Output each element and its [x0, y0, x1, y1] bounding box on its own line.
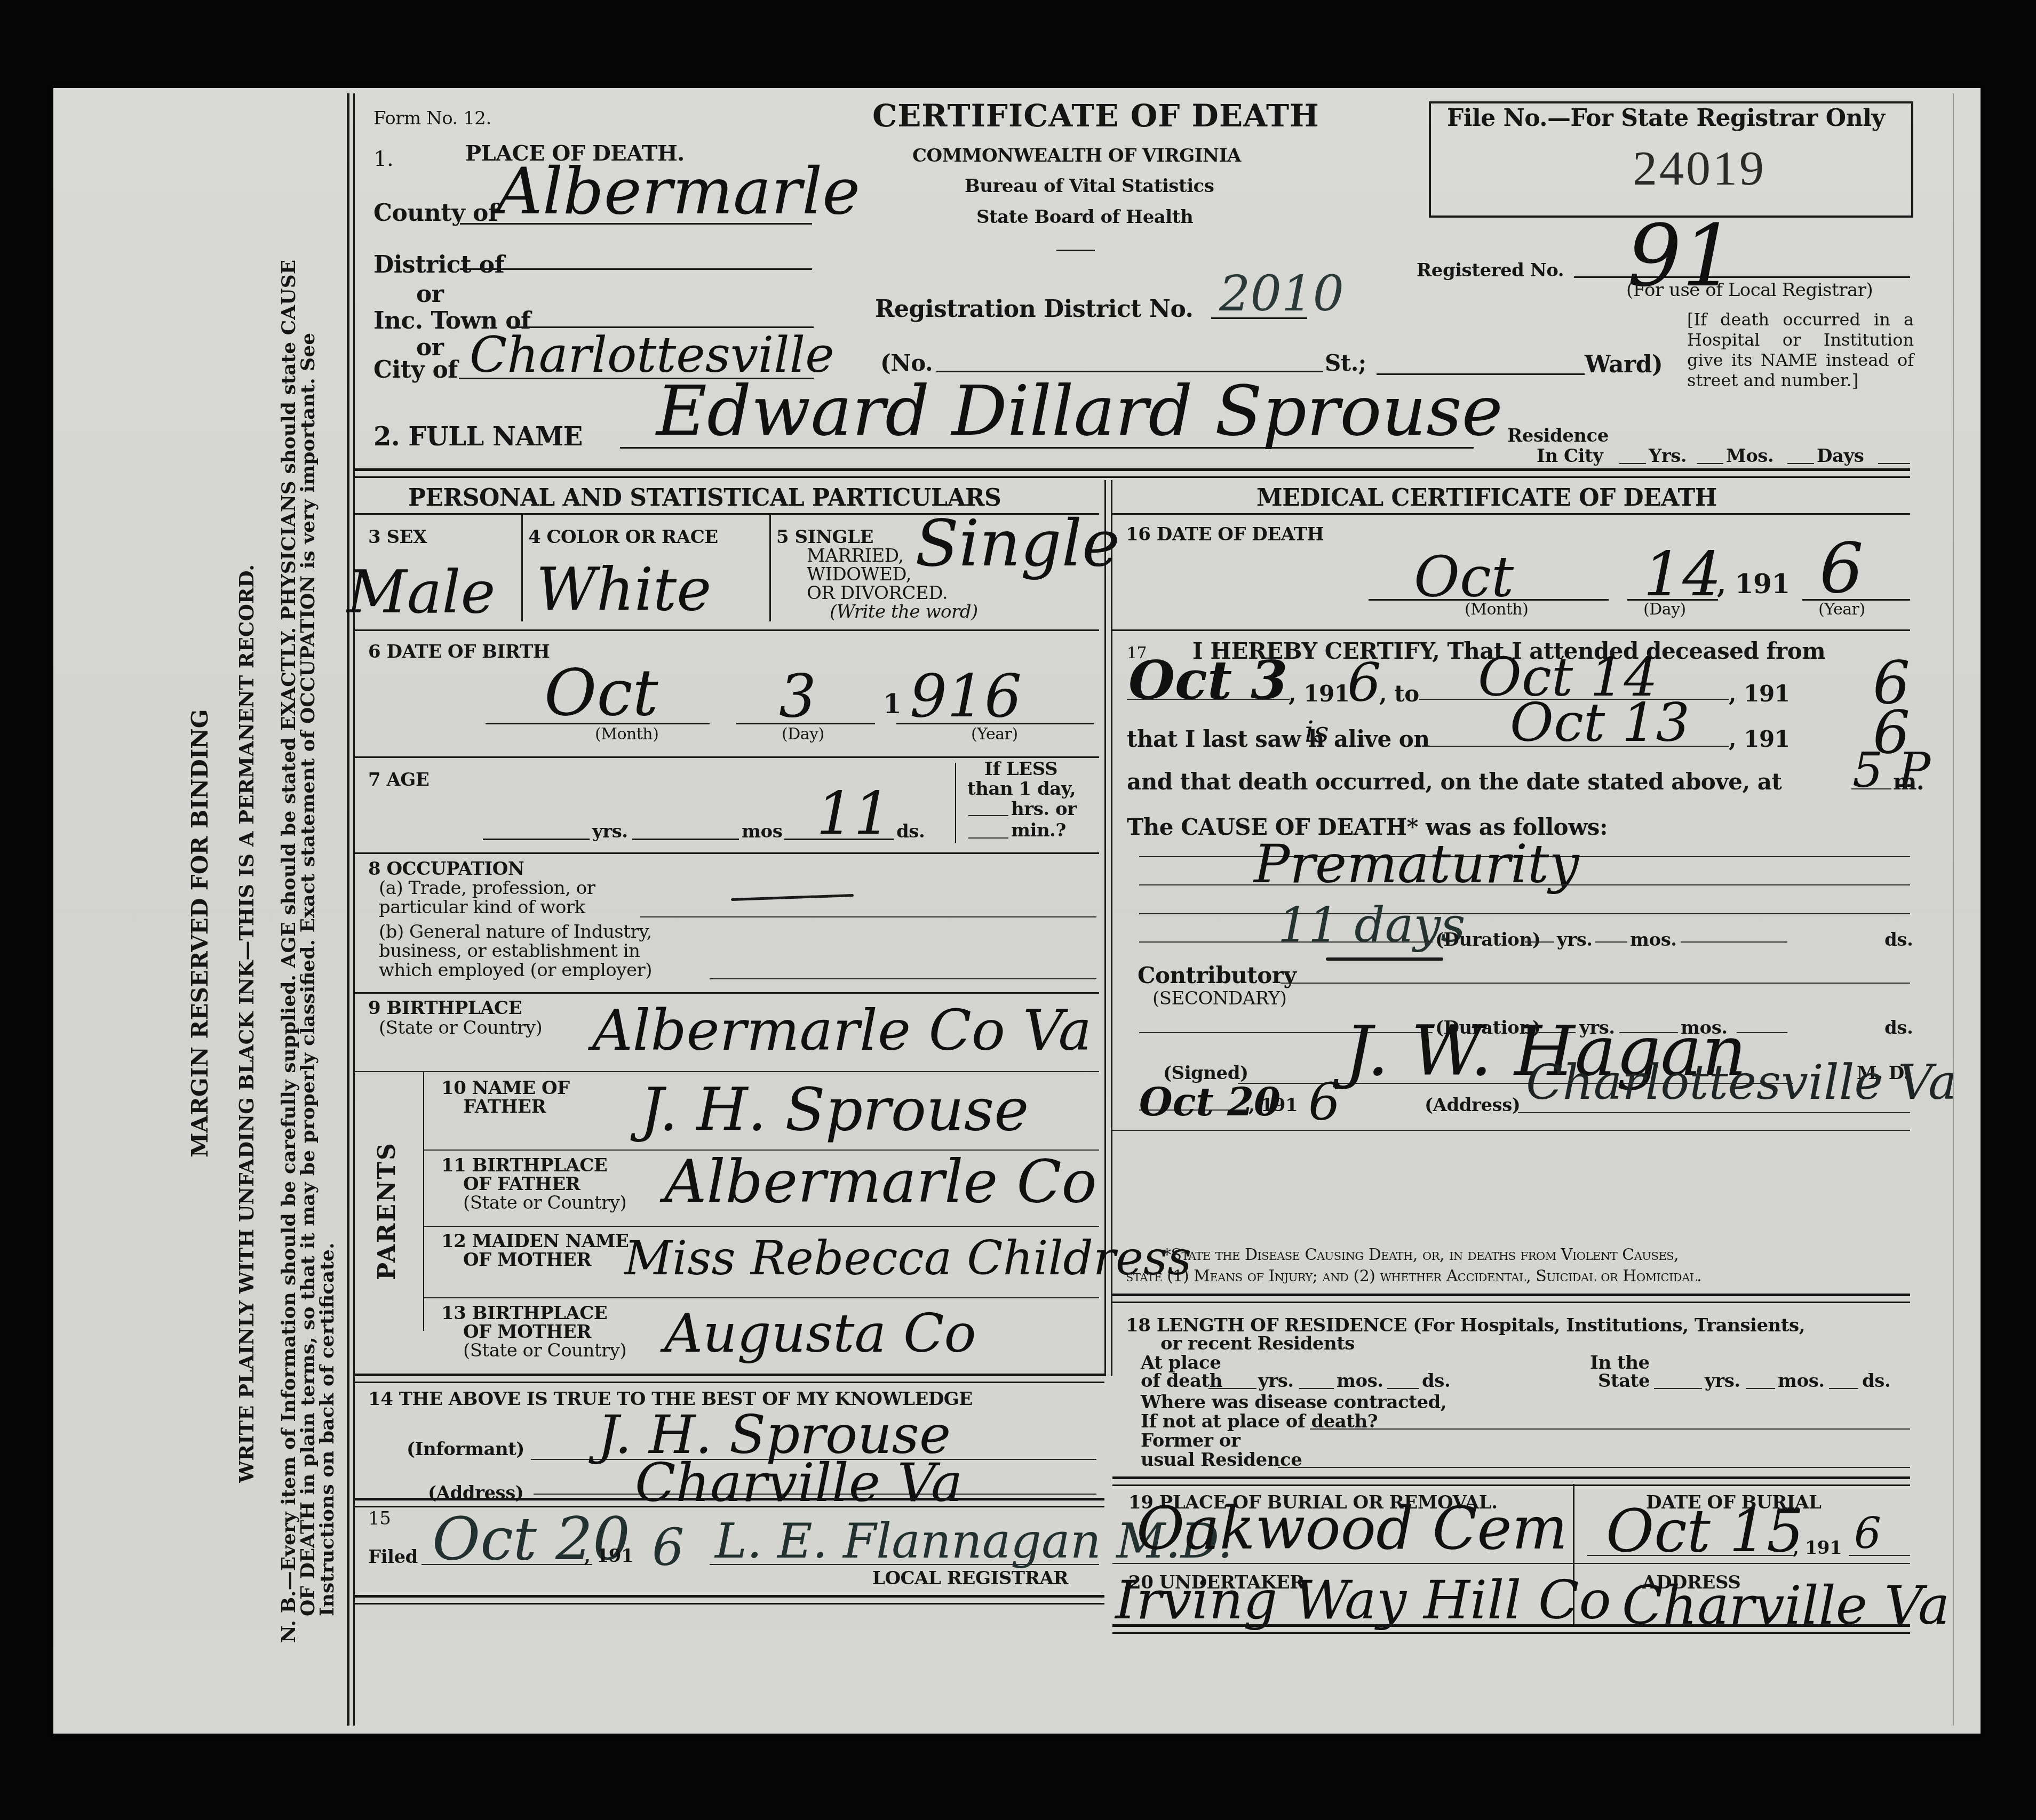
margin-rule [347, 93, 349, 1726]
certificate-title: CERTIFICATE OF DEATH [872, 100, 1319, 131]
marital-label-3: WIDOWED, [807, 565, 911, 584]
in-state-yrs-line [1654, 1388, 1702, 1389]
in-state-ds: ds. [1862, 1372, 1890, 1390]
dob-month-caption: (Month) [595, 727, 658, 743]
mother-bp-label-2: OF MOTHER [463, 1323, 591, 1341]
footnote-1: *State the Disease Causing Death, or, in… [1163, 1247, 1679, 1263]
mother-bp-sub: (State or Country) [463, 1342, 626, 1360]
contracted-2: If not at place of death? [1141, 1412, 1378, 1431]
contributory-label: Contributory [1138, 964, 1296, 987]
residence-divider [1112, 1294, 1910, 1303]
mos-line [1787, 463, 1814, 464]
dod-year: 6 [1819, 533, 1864, 603]
former-line [1278, 1467, 1910, 1468]
cause-value: Prematurity [1254, 837, 1579, 891]
paper-right-edge [1953, 93, 1954, 1726]
duration-ds-line [1681, 941, 1787, 943]
margin-nb-line3: Instructions on back of certificate. [316, 1243, 338, 1617]
cause-line-3 [1139, 913, 1910, 914]
dob-day-caption: (Day) [782, 727, 824, 743]
burial-date: Oct 15 [1606, 1502, 1804, 1560]
occurred-suffix: m. [1893, 771, 1924, 793]
filed-bottom-rule [355, 1595, 1104, 1605]
row-rule-mother [424, 1226, 1099, 1227]
or-1: or [416, 283, 444, 306]
place-heading-num: 1. [373, 148, 393, 170]
undertaker-value: Irving Way Hill Co [1115, 1574, 1611, 1627]
residence-label: Residence [1507, 427, 1609, 445]
sex-label: 3 SEX [368, 528, 427, 546]
filed-year-prefix: , 191 [584, 1547, 633, 1565]
father-label-2: FATHER [463, 1098, 546, 1116]
burial-year: 6 [1854, 1512, 1881, 1555]
at-place-mos: mos. [1337, 1372, 1383, 1390]
county-label: County of [373, 202, 498, 225]
signed-address-label: (Address) [1425, 1096, 1520, 1114]
at-place-ds: ds. [1422, 1372, 1450, 1390]
contracted-1: Where was disease contracted, [1141, 1393, 1446, 1411]
age-mos-line [632, 839, 739, 840]
district-label: District of [373, 253, 504, 277]
form-number: Form No. 12. [373, 109, 491, 127]
signed-address: Charlottesville Va [1526, 1059, 1957, 1107]
in-state-mos-line [1746, 1388, 1775, 1389]
mother-bp-label-1: 13 BIRTHPLACE [441, 1304, 607, 1322]
filed-label: Filed [368, 1548, 418, 1566]
footnote-rule [1112, 1130, 1910, 1131]
father-bp-label-1: 11 BIRTHPLACE [441, 1156, 607, 1175]
row-rule-age [355, 756, 1099, 758]
occ-b-3: which employed (or employer) [379, 961, 652, 979]
mother-label-1: 12 MAIDEN NAME [441, 1232, 629, 1250]
age-yrs-line [483, 839, 590, 840]
dob-day: 3 [779, 667, 816, 725]
birthplace-sub: (State or Country) [379, 1019, 542, 1037]
secondary-label: (SECONDARY) [1152, 989, 1287, 1008]
registered-no-line [1574, 276, 1910, 278]
section-divider [355, 468, 1910, 478]
hospital-note: [If death occurred in a Hospital or Inst… [1687, 309, 1914, 390]
undertaker-rule [1112, 1563, 1910, 1564]
in-city-line [1619, 463, 1646, 464]
days-line [1878, 463, 1910, 464]
row-rule-certify [1112, 629, 1910, 631]
secondary-ds-label: ds. [1884, 1019, 1913, 1037]
min-label: min.? [1011, 821, 1066, 840]
attended-to-year-prefix: , 191 [1729, 683, 1790, 705]
father-value: J. H. Sprouse [640, 1080, 1029, 1139]
race-label: 4 COLOR OR RACE [528, 528, 718, 546]
file-number: 24019 [1633, 140, 1766, 196]
row-rule-parents [355, 1071, 1099, 1072]
to-label: , to [1379, 683, 1419, 705]
in-state-1: In the [1590, 1354, 1650, 1372]
father-bp-label-2: OF FATHER [463, 1175, 580, 1193]
last-saw-label: that I last saw h [1127, 728, 1324, 751]
in-state-mos: mos. [1778, 1372, 1825, 1390]
burial-divider [1112, 1476, 1910, 1486]
duration-yrs-line [1525, 941, 1554, 943]
duration-mos-line [1595, 941, 1627, 943]
informant-label: (Informant) [407, 1440, 524, 1458]
attended-from-year-prefix: , 191 [1289, 683, 1349, 705]
residence-heading-2: or recent Residents [1160, 1335, 1355, 1353]
in-city-label: In City [1537, 447, 1603, 465]
bureau: Bureau of Vital Statistics [965, 177, 1214, 195]
header-rule [1056, 250, 1095, 251]
former-1: Former or [1141, 1432, 1240, 1450]
marital-value: Single [915, 512, 1120, 576]
city-label: City of [373, 358, 458, 382]
last-saw-pronoun: is [1305, 717, 1329, 747]
dod-month-caption: (Month) [1465, 602, 1528, 618]
local-registrar-note: (For use of Local Registrar) [1626, 281, 1873, 299]
registration-district-label: Registration District No. [875, 298, 1193, 321]
duration-ds-label: ds. [1884, 931, 1913, 949]
last-saw-year-prefix: , 191 [1729, 728, 1790, 751]
dob-label: 6 DATE OF BIRTH [368, 643, 550, 661]
board: State Board of Health [976, 208, 1193, 226]
mother-bp-value: Augusta Co [664, 1307, 976, 1360]
full-name-label: 2. FULL NAME [373, 424, 583, 450]
age-days-label: ds. [896, 823, 925, 841]
file-box-label: File No.—For State Registrar Only [1447, 107, 1884, 130]
row-rule-dob [355, 629, 1099, 631]
at-place-2: of death [1141, 1372, 1222, 1390]
sex-divider [521, 515, 523, 621]
medical-heading: MEDICAL CERTIFICATE OF DEATH [1256, 486, 1717, 510]
occ-b-2: business, or establishment in [379, 942, 640, 960]
birthplace-value: Albermarle Co Va [592, 1003, 1092, 1059]
dob-year-prefix: 1 [883, 691, 901, 717]
district-line [460, 268, 812, 270]
dob-month: Oct [544, 661, 658, 725]
residence-days-label: Days [1817, 447, 1864, 465]
father-bp-value: Albermarle Co [664, 1152, 1097, 1211]
marital-label-1: 5 SINGLE [776, 528, 873, 546]
filed-year: 6 [652, 1523, 684, 1574]
in-state-2: State [1598, 1372, 1650, 1390]
signed-address-line [1518, 1112, 1910, 1113]
row-rule-occupation [355, 852, 1099, 854]
filed-num: 15 [368, 1510, 391, 1528]
registration-district-value: 2010 [1219, 269, 1344, 318]
margin-ink-note: WRITE PLAINLY WITH UNFADING BLACK INK—TH… [235, 564, 258, 1483]
margin-binding-note: MARGIN RESERVED FOR BINDING [187, 709, 213, 1158]
county-value: Albermarle [496, 160, 860, 224]
min-line [968, 837, 1008, 839]
age-days-value: 11 [816, 784, 891, 843]
dod-year-caption: (Year) [1818, 602, 1865, 618]
occ-b-1: (b) General nature of Industry, [379, 923, 652, 941]
duration-mos-label: mos. [1630, 931, 1677, 949]
dod-year-prefix: , 191 [1717, 571, 1790, 597]
medical-heading-rule [1112, 513, 1910, 515]
race-value: White [536, 560, 711, 619]
if-less-1: If LESS [984, 760, 1057, 778]
sex-value: Male [347, 563, 496, 621]
in-state-yrs: yrs. [1705, 1372, 1740, 1390]
residence-heading-1: 18 LENGTH OF RESIDENCE (For Hospitals, I… [1126, 1316, 1805, 1335]
occ-a-2: particular kind of work [379, 898, 585, 916]
alive-on-label: alive on [1334, 728, 1429, 751]
dod-day-caption: (Day) [1643, 602, 1686, 618]
dob-year-caption: (Year) [971, 727, 1018, 743]
occ-a-1: (a) Trade, profession, or [379, 879, 595, 897]
father-label-1: 10 NAME OF [441, 1079, 570, 1097]
personal-heading: PERSONAL AND STATISTICAL PARTICULARS [408, 486, 1001, 510]
contributory-value [1326, 957, 1443, 961]
row-rule-birthplace [355, 992, 1099, 994]
duration-yrs-label: yrs. [1557, 931, 1593, 949]
signed-year: 6 [1308, 1077, 1340, 1128]
attended-from: Oct 3 [1128, 653, 1288, 707]
residence-mos-label: Mos. [1726, 447, 1773, 465]
age-divider [955, 763, 956, 843]
marital-label-4: OR DIVORCED. [807, 584, 948, 602]
father-bp-sub: (State or Country) [463, 1194, 626, 1212]
parents-divider [423, 1072, 424, 1331]
birthplace-label: 9 BIRTHPLACE [368, 999, 522, 1017]
occupation-label: 8 OCCUPATION [368, 860, 524, 878]
ward-label: Ward) [1585, 353, 1663, 377]
marital-hint: (Write the word) [830, 603, 978, 621]
margin-rule-inner [353, 93, 355, 1726]
hrs-label: hrs. or [1011, 800, 1077, 818]
occurred-label: and that death occurred, on the date sta… [1127, 771, 1781, 793]
signed-year-prefix: , 191 [1248, 1096, 1298, 1114]
mother-value: Miss Rebecca Childress [624, 1235, 1191, 1282]
registrar-label: LOCAL REGISTRAR [872, 1569, 1068, 1587]
hrs-line [968, 815, 1008, 816]
in-state-ds-line [1829, 1388, 1858, 1389]
burial-place: Oakwood Cem [1136, 1499, 1568, 1558]
yrs-line [1697, 463, 1723, 464]
at-place-yrs: yrs. [1258, 1372, 1294, 1390]
dod-label: 16 DATE OF DEATH [1126, 525, 1324, 544]
informant-divider [355, 1374, 1104, 1383]
age-label: 7 AGE [368, 771, 429, 789]
mother-label-2: OF MOTHER [463, 1251, 591, 1269]
burial-bottom-rule [1112, 1624, 1910, 1634]
duration-label: (Duration) [1435, 931, 1540, 949]
issuer: COMMONWEALTH OF VIRGINIA [912, 147, 1241, 165]
full-name-value: Edward Dillard Sprouse [656, 376, 1503, 445]
contributory-line [1281, 983, 1910, 984]
burial-year-prefix: , 191 [1793, 1539, 1842, 1557]
age-yrs-label: yrs. [592, 823, 628, 841]
age-mos-label: mos [742, 823, 782, 841]
parents-label: PARENTS [373, 1142, 401, 1280]
dod-month: Oct [1414, 549, 1514, 605]
occ-b-line [710, 978, 1096, 979]
at-place-mos-line [1299, 1388, 1334, 1389]
attended-from-year: 6 [1347, 656, 1381, 709]
row-rule-mother-bp [424, 1297, 1099, 1298]
if-less-2: than 1 day, [967, 780, 1076, 798]
former-2: usual Residence [1141, 1451, 1302, 1469]
marital-label-2: MARRIED, [807, 547, 904, 565]
at-place-ds-line [1387, 1388, 1419, 1389]
at-place-yrs-line [1208, 1388, 1256, 1389]
footnote-2: state (1) Means of Injury; and (2) wheth… [1126, 1268, 1701, 1284]
race-divider [769, 515, 771, 621]
at-place-1: At place [1141, 1354, 1221, 1372]
cause-line-2 [1139, 884, 1910, 885]
occ-a-line [640, 916, 1096, 917]
residence-yrs-label: Yrs. [1649, 447, 1687, 465]
dod-day: 14 [1643, 544, 1721, 605]
registered-no-label: Registered No. [1417, 261, 1564, 280]
duration-line [1139, 941, 1433, 943]
dob-year: 916 [910, 667, 1022, 725]
contracted-line [1310, 1428, 1910, 1430]
last-saw-date: Oct 13 [1510, 696, 1690, 749]
